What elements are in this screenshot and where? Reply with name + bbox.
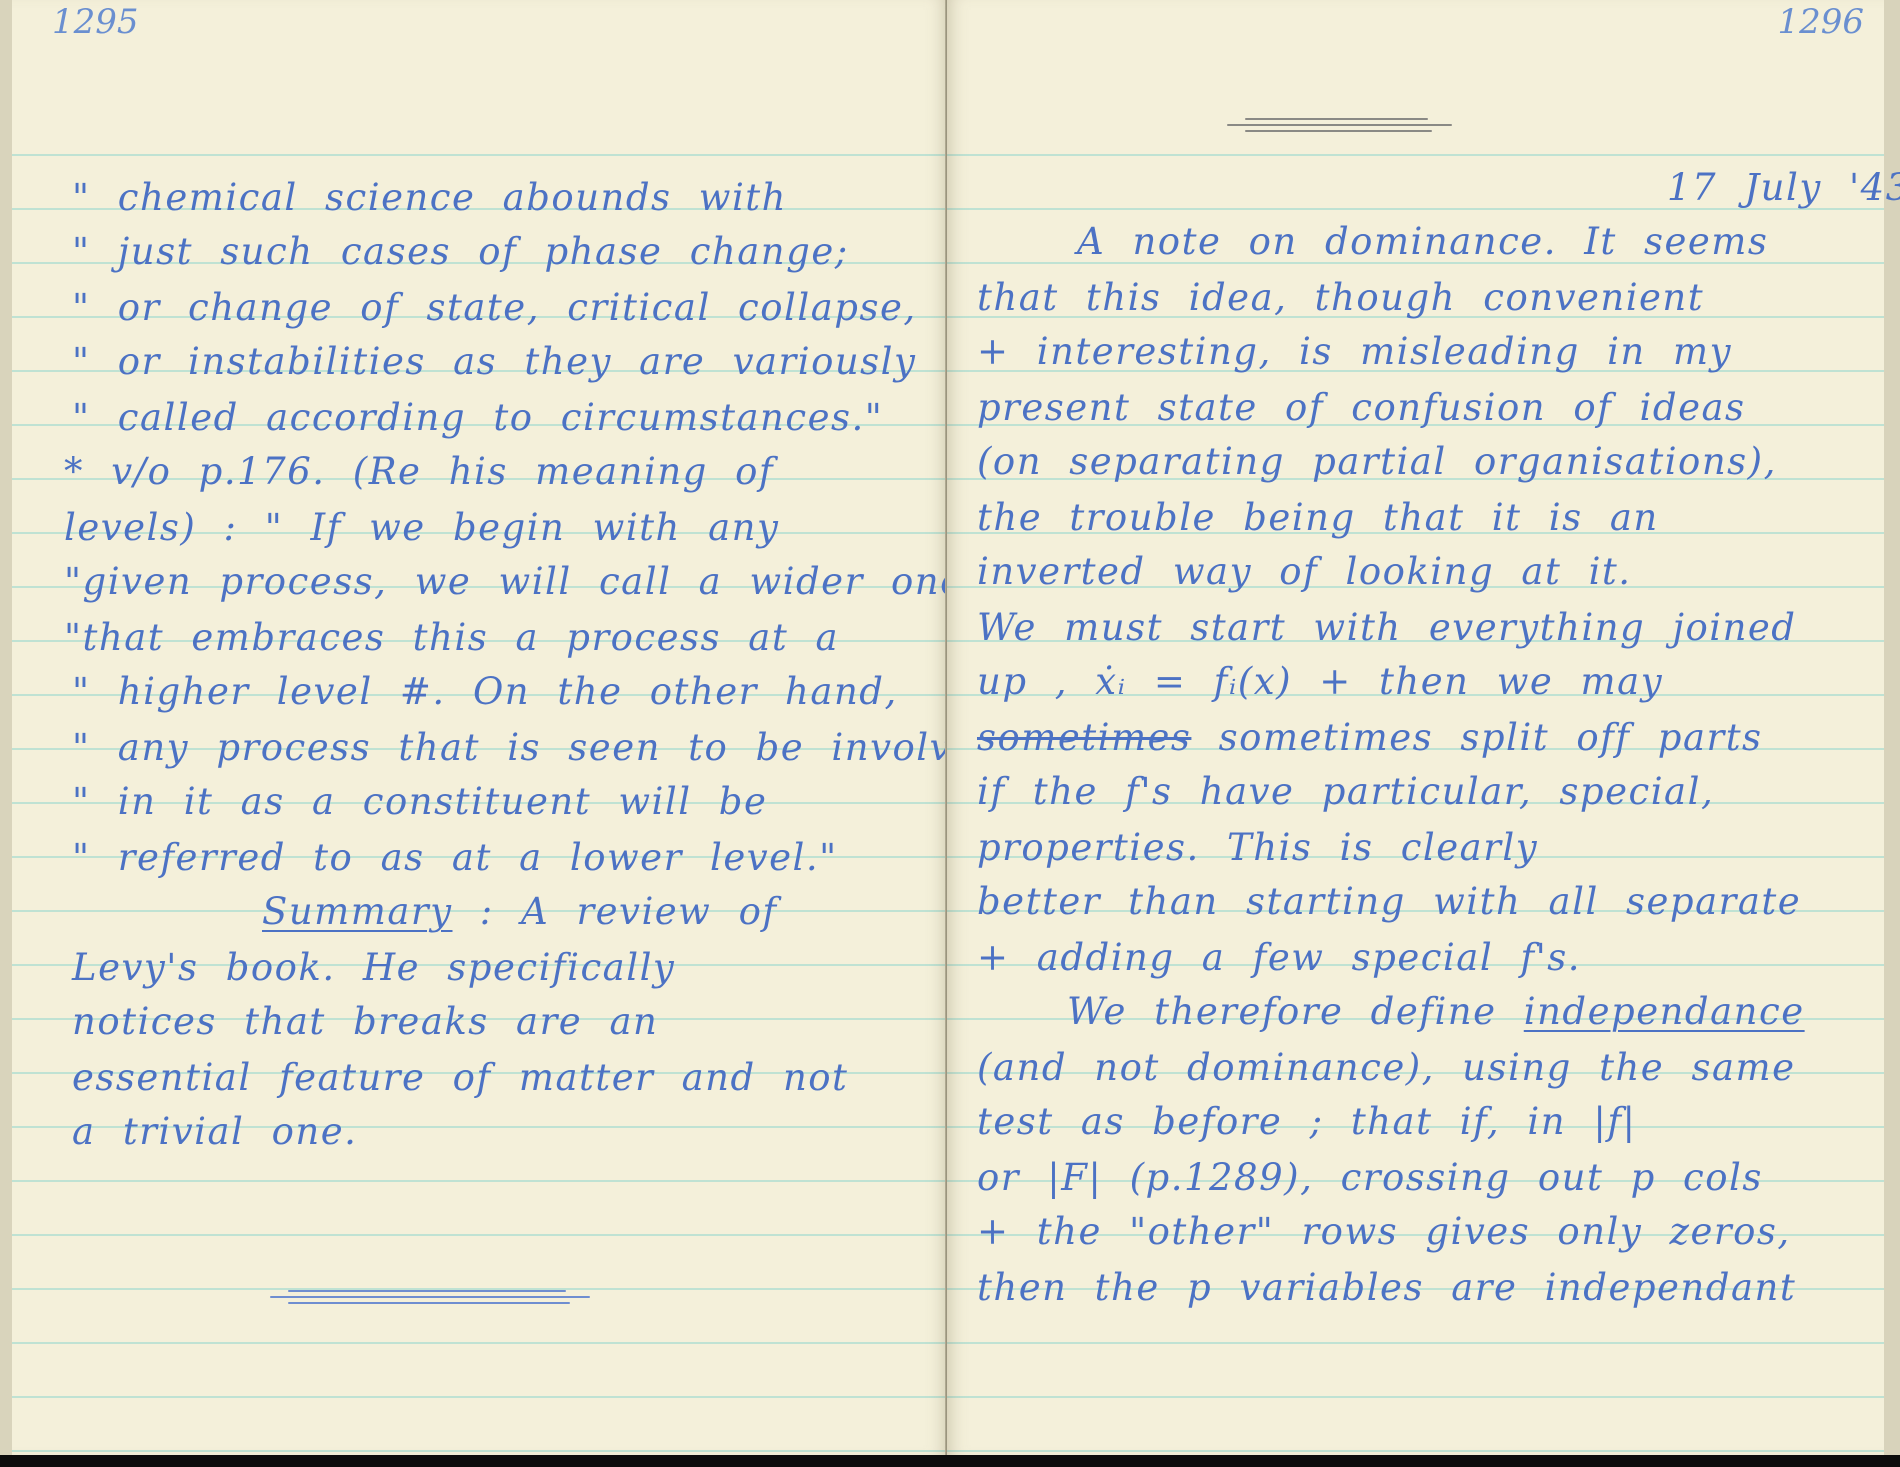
text-line: a trivial one.	[72, 1112, 357, 1152]
text-line: better than starting with all separate	[977, 882, 1801, 922]
text-line: (on separating partial organisations),	[977, 442, 1777, 482]
text-line: then the p variables are independant	[977, 1268, 1796, 1308]
struck-word: sometimes	[977, 716, 1191, 759]
text-line: " higher level #. On the other hand,	[72, 672, 898, 712]
text-line: + interesting, is misleading in my	[977, 332, 1732, 372]
right-page: 1296 17 July '43 A note on dominance. It…	[947, 0, 1900, 1455]
text-line: test as before ; that if, in |f|	[977, 1102, 1636, 1142]
text-line: properties. This is clearly	[977, 828, 1538, 868]
section-divider	[1227, 118, 1452, 134]
text-line: levels) : " If we begin with any	[64, 508, 779, 548]
text-line: We must start with everything joined	[977, 608, 1796, 648]
text-line: Levy's book. He specifically	[72, 948, 675, 988]
text-line: that this idea, though convenient	[977, 278, 1704, 318]
text-line: inverted way of looking at it.	[977, 552, 1632, 592]
text-line: " any process that is seen to be involve…	[72, 728, 1001, 768]
text-line: " or change of state, critical collapse,	[72, 288, 917, 328]
text-line: sometimes sometimes split off parts	[977, 718, 1763, 758]
text-line: essential feature of matter and not	[72, 1058, 848, 1098]
equation-line: up , ẋᵢ = fᵢ(x) + then we may	[977, 662, 1663, 702]
independance-term: independance	[1524, 990, 1805, 1033]
text-line: A note on dominance. It seems	[1077, 222, 1768, 262]
text-line: if the f's have particular, special,	[977, 772, 1714, 812]
text-line: notices that breaks are an	[72, 1002, 658, 1042]
text-line: " referred to as at a lower level."	[72, 838, 838, 878]
text-line: * v/o p.176. (Re his meaning of	[64, 452, 774, 492]
notebook-spread: 1295 " chemical science abounds with " j…	[0, 0, 1900, 1455]
text-line: " chemical science abounds with	[72, 178, 787, 218]
text-line: the trouble being that it is an	[977, 498, 1659, 538]
definition-line: We therefore define independance	[1067, 992, 1805, 1032]
text-line: "given process, we will call a wider one	[64, 562, 964, 602]
text-line: " called according to circumstances."	[72, 398, 883, 438]
scan-border	[0, 1455, 1900, 1467]
left-page: 1295 " chemical science abounds with " j…	[0, 0, 947, 1455]
text-line: "that embraces this a process at a	[64, 618, 839, 658]
summary-heading: Summary	[262, 890, 453, 933]
text-line: + the "other" rows gives only zeros,	[977, 1212, 1791, 1252]
text-line: " just such cases of phase change;	[72, 232, 849, 272]
text-line: " in it as a constituent will be	[72, 782, 767, 822]
text-line: + adding a few special f's.	[977, 938, 1581, 978]
page-number: 1296	[1777, 2, 1864, 42]
text-line: " or instabilities as they are variously	[72, 342, 916, 382]
entry-date: 17 July '43	[1667, 168, 1900, 208]
text-line: or |F| (p.1289), crossing out p cols	[977, 1158, 1763, 1198]
page-number: 1295	[52, 2, 139, 42]
text-line: (and not dominance), using the same	[977, 1048, 1796, 1088]
section-divider	[270, 1290, 590, 1306]
text-line: present state of confusion of ideas	[977, 388, 1746, 428]
summary-line: Summary : A review of	[262, 892, 778, 932]
